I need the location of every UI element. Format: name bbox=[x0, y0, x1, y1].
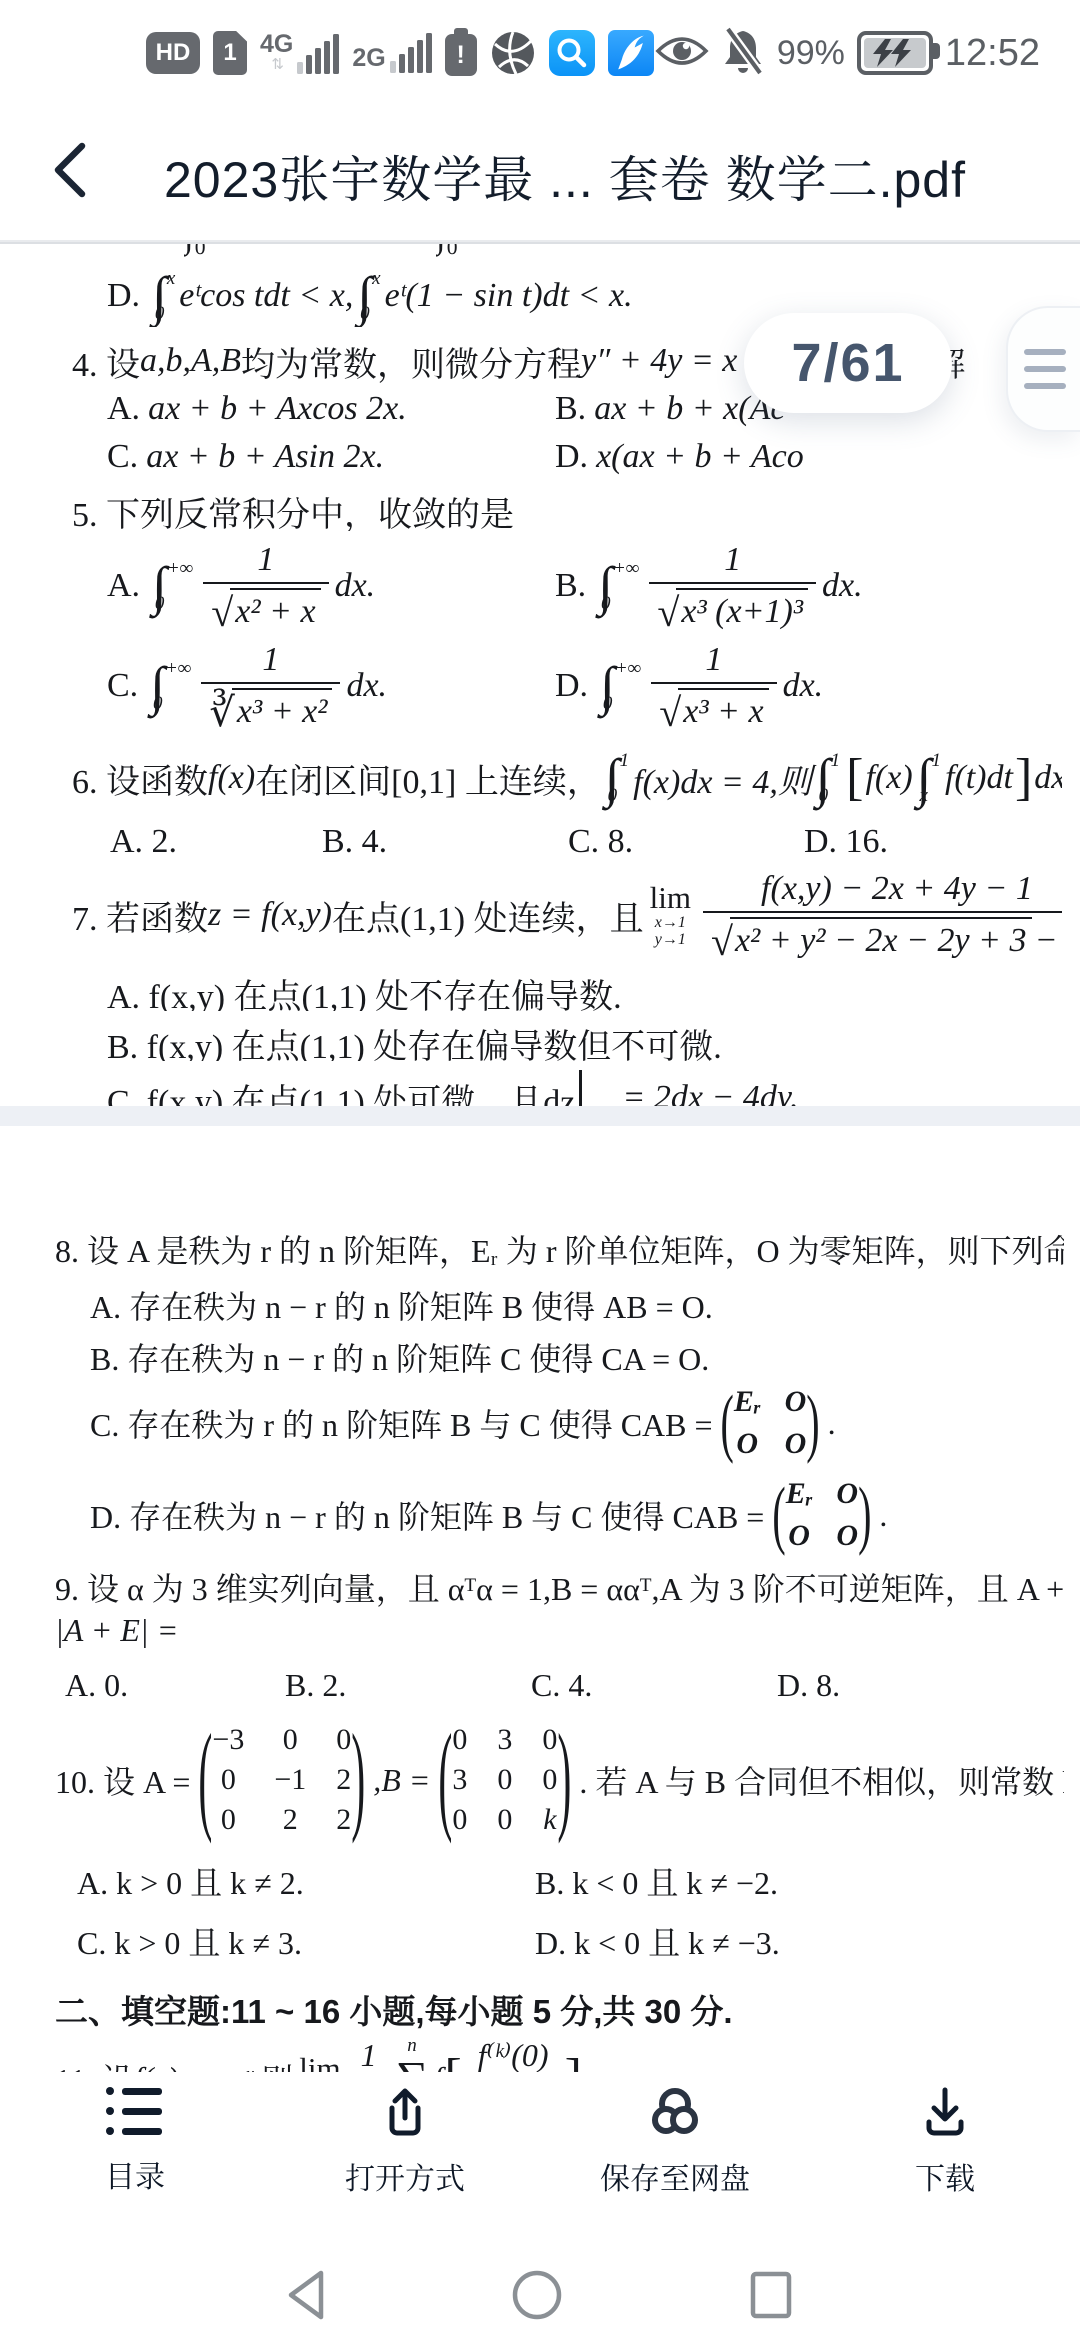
back-button[interactable] bbox=[50, 142, 94, 198]
status-right-cluster: 99% 12:52 bbox=[655, 28, 1040, 78]
q5-options-row-2: C. ∫+∞0 1∛x³ + x² dx. D. ∫+∞0 1√x³ + x d… bbox=[107, 641, 1062, 731]
4g-label: 4G bbox=[260, 32, 293, 57]
toolbar-label: 目录 bbox=[105, 2152, 165, 2196]
toolbar-toc[interactable]: 目录 bbox=[0, 2072, 270, 2250]
q10-options: A. k > 0 且 k ≠ 2. B. k < 0 且 k ≠ −2. C. … bbox=[77, 1858, 1064, 1964]
signal-2g: 2G bbox=[352, 33, 431, 73]
mute-bell-icon bbox=[721, 27, 765, 80]
q5-option-d: D. ∫+∞0 1√x³ + x dx. bbox=[555, 641, 1003, 731]
document-title: 2023张宇数学最 ... 套卷 数学二.pdf bbox=[110, 140, 1020, 212]
left-bracket: [ bbox=[846, 752, 863, 804]
battery-alert-icon: ! bbox=[445, 34, 477, 76]
page-indicator-pill[interactable]: 7/61 bbox=[744, 313, 952, 413]
evaluation-bar bbox=[579, 1070, 582, 1108]
updown-arrows-icon: ⇅ bbox=[271, 57, 282, 72]
page-separator bbox=[0, 1106, 1080, 1126]
nav-home-icon[interactable] bbox=[509, 2267, 565, 2323]
q5-option-b: B. ∫+∞0 1√x³ (x+1)³ dx. bbox=[555, 541, 1003, 631]
nav-recents-icon[interactable] bbox=[745, 2267, 797, 2323]
pdf-page-2[interactable]: 8. 设 A 是秩为 r 的 n 阶矩阵，Eᵣ 为 r 阶单位矩阵，O 为零矩阵… bbox=[0, 1126, 1080, 2172]
q8-stem: 8. 设 A 是秩为 r 的 n 阶矩阵，Eᵣ 为 r 阶单位矩阵，O 为零矩阵… bbox=[55, 1226, 1064, 1272]
q8-option-c: C. 存在秩为 r 的 n 阶矩阵 B 与 C 使得 CAB = ( EᵣO O… bbox=[90, 1378, 1064, 1468]
q8-option-d: D. 存在秩为 n − r 的 n 阶矩阵 B 与 C 使得 CAB = ( E… bbox=[90, 1470, 1064, 1560]
hamburger-icon bbox=[1024, 349, 1066, 355]
q5-option-c: C. ∫+∞0 1∛x³ + x² dx. bbox=[107, 641, 555, 731]
clock-time: 12:52 bbox=[945, 32, 1040, 75]
q6-stem: 6. 设函数 f(x) 在闭区间[0,1] 上连续， ∫10 f(x)dx = … bbox=[72, 745, 1062, 811]
matrix-2x2: ( EᵣO OO ) bbox=[772, 1479, 871, 1551]
right-bracket: ] bbox=[1015, 752, 1032, 804]
toolbar-label: 下载 bbox=[915, 2154, 975, 2198]
signal-bars-icon bbox=[390, 33, 432, 73]
bottom-toolbar: 目录 打开方式 保存至网盘 下载 bbox=[0, 2072, 1080, 2250]
search-app-icon bbox=[549, 30, 595, 76]
open-with-icon bbox=[377, 2084, 433, 2140]
charging-battery-icon bbox=[857, 31, 933, 75]
page-indicator: 7/61 bbox=[791, 332, 904, 394]
toolbar-download[interactable]: 下载 bbox=[810, 2072, 1080, 2250]
menu-fab[interactable] bbox=[1006, 306, 1080, 432]
clipped-line-fragments: ∫₀ ∫₀ bbox=[72, 244, 1062, 261]
toc-list-icon bbox=[106, 2084, 164, 2138]
q9-options: A. 0. B. 2. C. 4. D. 8. bbox=[65, 1664, 1064, 1706]
toolbar-label: 打开方式 bbox=[345, 2154, 465, 2198]
q7-option-c: C. f(x,y) 在点(1,1) 处可微，且dz (1,1) = 2dx − … bbox=[107, 1065, 1062, 1108]
q9-stem-line2: |A + E| = bbox=[55, 1612, 1064, 1654]
status-bar: HD 1 4G ⇅ 2G ! bbox=[0, 0, 1080, 100]
toolbar-open-with[interactable]: 打开方式 bbox=[270, 2072, 540, 2250]
eye-comfort-icon bbox=[655, 32, 709, 75]
matrix-2x2: ( EᵣO OO ) bbox=[721, 1387, 820, 1459]
toolbar-save-netdisk[interactable]: 保存至网盘 bbox=[540, 2072, 810, 2250]
q7-option-a: A. f(x,y) 在点(1,1) 处不存在偏导数. bbox=[107, 969, 1062, 1011]
q7-stem: 7. 若函数 z = f(x,y) 在点(1,1) 处连续，且 limx→1y→… bbox=[72, 869, 1062, 961]
matrix-a: ( −300 0−12 022 ) bbox=[198, 1725, 365, 1835]
q8-option-b: B. 存在秩为 n − r 的 n 阶矩阵 C 使得 CA = O. bbox=[90, 1334, 1064, 1376]
2g-label: 2G bbox=[352, 46, 385, 71]
q7-option-b: B. f(x,y) 在点(1,1) 处存在偏导数但不可微. bbox=[107, 1019, 1062, 1061]
download-icon bbox=[917, 2084, 973, 2140]
q9-stem: 9. 设 α 为 3 维实列向量，且 αᵀα = 1,B = ααᵀ,A 为 3… bbox=[55, 1564, 1064, 1608]
limit-operator: lim bbox=[650, 882, 691, 915]
matrix-b: ( 030 300 00k ) bbox=[438, 1725, 571, 1835]
q5-stem: 5. 下列反常积分中，收敛的是 bbox=[72, 487, 1062, 531]
title-bar: 2023张宇数学最 ... 套卷 数学二.pdf bbox=[0, 100, 1080, 242]
q5-option-a: A. ∫+∞0 1√x² + x dx. bbox=[107, 541, 555, 631]
battery-percent: 99% bbox=[777, 34, 845, 73]
q8-option-a: A. 存在秩为 n − r 的 n 阶矩阵 B 使得 AB = O. bbox=[90, 1282, 1064, 1324]
nav-back-icon[interactable] bbox=[283, 2267, 329, 2323]
q6-options: A. 2. B. 4. C. 8. D. 16. bbox=[110, 821, 1062, 863]
section-2-header: 二、填空题:11 ~ 16 小题,每小题 5 分,共 30 分. bbox=[55, 1986, 1064, 2030]
status-left-cluster: HD 1 4G ⇅ 2G ! bbox=[146, 28, 654, 78]
netdisk-circles-icon bbox=[646, 2084, 704, 2140]
wing-app-icon bbox=[608, 30, 654, 76]
android-nav-bar bbox=[0, 2250, 1080, 2340]
signal-4g: 4G ⇅ bbox=[260, 32, 339, 74]
q10-stem: 10. 设 A = ( −300 0−12 022 ) ,B = ( 030 3… bbox=[55, 1714, 1064, 1846]
sim1-icon: 1 bbox=[213, 31, 247, 75]
q4-options-row-2: C.ax + b + Asin 2x. D.x(ax + b + Aco bbox=[107, 435, 1062, 479]
signal-bars-icon bbox=[297, 34, 339, 74]
chevron-left-icon bbox=[50, 142, 90, 198]
hd-badge-icon: HD bbox=[146, 32, 200, 74]
globe-app-icon bbox=[490, 30, 536, 76]
q5-options-row-1: A. ∫+∞0 1√x² + x dx. B. ∫+∞0 1√x³ (x+1)³… bbox=[107, 541, 1062, 631]
toolbar-label: 保存至网盘 bbox=[600, 2154, 750, 2198]
